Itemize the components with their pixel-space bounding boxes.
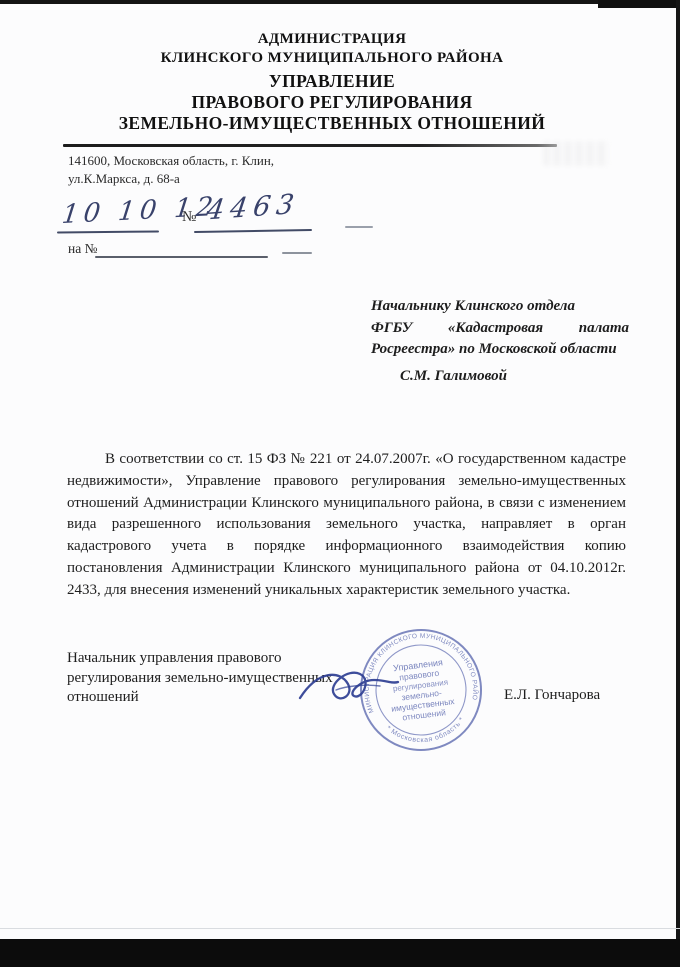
letterhead: АДМИНИСТРАЦИЯ КЛИНСКОГО МУНИЦИПАЛЬНОГО Р… — [25, 30, 639, 134]
signer-name: Е.Л. Гончарова — [504, 687, 600, 704]
letter-body-paragraph: В соответствии со ст. 15 ФЗ № 221 от 24.… — [67, 449, 626, 602]
letterhead-dept-line1: УПРАВЛЕНИЕ — [25, 71, 639, 92]
scan-edge-right — [676, 0, 680, 967]
scanned-letter-page: АДМИНИСТРАЦИЯ КЛИНСКОГО МУНИЦИПАЛЬНОГО Р… — [0, 0, 680, 967]
short-dash-right-of-reply — [282, 252, 312, 254]
sender-address-line1: 141600, Московская область, г. Клин, — [68, 152, 274, 170]
short-dash-right-of-number — [345, 226, 373, 228]
letterhead-dept-line3: ЗЕМЕЛЬНО-ИМУЩЕСТВЕННЫХ ОТНОШЕНИЙ — [25, 113, 639, 134]
scan-edge-bottom — [0, 939, 680, 967]
scan-page-bottom-line — [0, 928, 680, 929]
letterhead-org-line2: КЛИНСКОГО МУНИЦИПАЛЬНОГО РАЙОНА — [25, 49, 639, 68]
scan-edge-top — [0, 0, 680, 4]
recipient-name: С.М. Галимовой — [400, 368, 507, 385]
number-underline — [194, 229, 312, 233]
sender-address: 141600, Московская область, г. Клин, ул.… — [68, 152, 274, 187]
recipient-line2: ФГБУ «Кадастровая палата — [371, 318, 629, 340]
sender-address-line2: ул.К.Маркса, д. 68-а — [68, 170, 274, 188]
handwritten-signature — [296, 656, 428, 714]
handwritten-outgoing-number: 4463 — [205, 189, 302, 227]
recipient-line1: Начальнику Клинского отдела — [371, 296, 629, 318]
stamp-ring-text-bottom: * Московская область * — [384, 716, 468, 749]
number-sign-label: № — [182, 209, 196, 226]
letterhead-dept-line2: ПРАВОВОГО РЕГУЛИРОВАНИЯ — [25, 92, 639, 113]
recipient-block: Начальнику Клинского отдела ФГБУ «Кадаст… — [371, 296, 629, 361]
reply-underline — [95, 256, 268, 258]
date-underline — [57, 230, 159, 233]
recipient-line3: Росреестра» по Московской области — [371, 339, 629, 361]
scan-edge-top-right — [598, 0, 680, 8]
reply-to-label: на № — [68, 241, 97, 257]
letterhead-divider — [63, 144, 557, 147]
letterhead-org-line1: АДМИНИСТРАЦИЯ — [25, 30, 639, 49]
